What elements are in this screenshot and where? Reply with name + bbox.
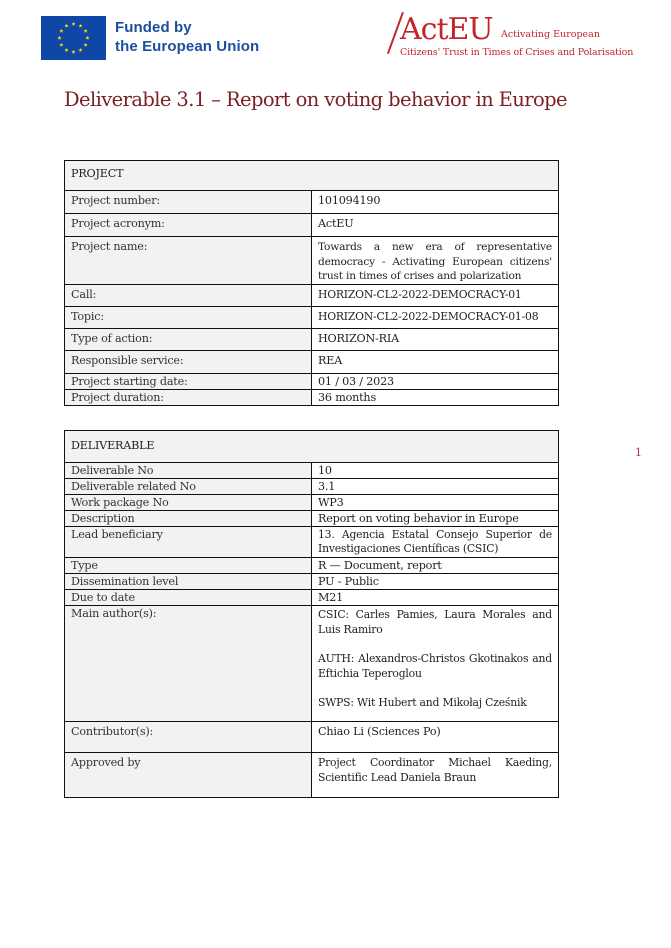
row-value: HORIZON-CL2-2022-DEMOCRACY-01-08	[312, 306, 559, 328]
row-label: Project duration:	[65, 389, 312, 405]
main-authors-value: CSIC: Carles Pamies, Laura Morales and L…	[312, 606, 559, 722]
row-label: Due to date	[65, 590, 312, 606]
table-row: Project name:Towards a new era of repres…	[65, 237, 559, 285]
table-row: Call:HORIZON-CL2-2022-DEMOCRACY-01	[65, 284, 559, 306]
row-label: Responsible service:	[65, 350, 312, 373]
row-label: Call:	[65, 284, 312, 306]
table-row: Project acronym:ActEU	[65, 214, 559, 237]
row-value: 101094190	[312, 191, 559, 214]
eu-funding-statement: Funded by the European Union	[115, 18, 259, 56]
table-row: TypeR — Document, report	[65, 558, 559, 574]
table-row: Deliverable related No3.1	[65, 479, 559, 495]
row-label: Deliverable No	[65, 463, 312, 479]
row-value: 36 months	[312, 389, 559, 405]
table-row: Dissemination levelPU - Public	[65, 574, 559, 590]
deliverable-table-heading: DELIVERABLE	[65, 431, 559, 463]
row-label: Deliverable related No	[65, 479, 312, 495]
row-label: Type	[65, 558, 312, 574]
row-label: Approved by	[65, 753, 312, 798]
row-value: 3.1	[312, 479, 559, 495]
author-paragraph: AUTH: Alexandros-Christos Gkotinakos and…	[318, 651, 552, 681]
row-label: Dissemination level	[65, 574, 312, 590]
row-value: HORIZON-CL2-2022-DEMOCRACY-01	[312, 284, 559, 306]
table-row: Contributor(s):Chiao Li (Sciences Po)	[65, 722, 559, 753]
row-value: REA	[312, 350, 559, 373]
eu-stars-icon	[41, 16, 106, 60]
eu-funding-line1: Funded by	[115, 18, 259, 37]
table-row: Responsible service:REA	[65, 350, 559, 373]
table-row: Work package NoWP3	[65, 495, 559, 511]
table-row: Project number:101094190	[65, 191, 559, 214]
row-value: Chiao Li (Sciences Po)	[312, 722, 559, 753]
row-value: ActEU	[312, 214, 559, 237]
author-paragraph: SWPS: Wit Hubert and Mikołaj Cześnik	[318, 695, 552, 710]
acteu-tagline-line1: Activating European	[501, 29, 600, 40]
project-info-table: PROJECT Project number:101094190 Project…	[64, 160, 559, 406]
document-title: Deliverable 3.1 – Report on voting behav…	[64, 88, 567, 111]
row-label: Lead beneficiary	[65, 527, 312, 558]
row-value: Project Coordinator Michael Kaeding, Sci…	[312, 753, 559, 798]
table-row: Due to dateM21	[65, 590, 559, 606]
table-row: Deliverable No10	[65, 463, 559, 479]
row-value: Report on voting behavior in Europe	[312, 511, 559, 527]
row-label: Project number:	[65, 191, 312, 214]
row-label: Project starting date:	[65, 373, 312, 389]
project-table-heading: PROJECT	[65, 161, 559, 191]
row-value: 13. Agencia Estatal Consejo Superior de …	[312, 527, 559, 558]
row-label: Project name:	[65, 237, 312, 285]
row-value: 01 / 03 / 2023	[312, 373, 559, 389]
row-value: Towards a new era of representative demo…	[312, 237, 559, 285]
eu-flag-icon	[41, 16, 106, 60]
row-value: M21	[312, 590, 559, 606]
table-row: Lead beneficiary13. Agencia Estatal Cons…	[65, 527, 559, 558]
table-row: Main author(s): CSIC: Carles Pamies, Lau…	[65, 606, 559, 722]
row-value: R — Document, report	[312, 558, 559, 574]
table-heading-row: DELIVERABLE	[65, 431, 559, 463]
row-value: WP3	[312, 495, 559, 511]
eu-funding-line2: the European Union	[115, 37, 259, 56]
table-row: Project duration:36 months	[65, 389, 559, 405]
table-row: Approved byProject Coordinator Michael K…	[65, 753, 559, 798]
author-paragraph: CSIC: Carles Pamies, Laura Morales and L…	[318, 607, 552, 637]
table-row: Project starting date:01 / 03 / 2023	[65, 373, 559, 389]
acteu-logo: ActEU Activating European Citizens' Trus…	[398, 12, 638, 64]
row-label: Project acronym:	[65, 214, 312, 237]
row-value: PU - Public	[312, 574, 559, 590]
row-value: HORIZON-RIA	[312, 328, 559, 350]
table-row: Type of action:HORIZON-RIA	[65, 328, 559, 350]
table-heading-row: PROJECT	[65, 161, 559, 191]
table-row: Topic:HORIZON-CL2-2022-DEMOCRACY-01-08	[65, 306, 559, 328]
page-number: 1	[635, 446, 642, 459]
row-label: Main author(s):	[65, 606, 312, 722]
acteu-logo-text: ActEU	[400, 14, 493, 46]
row-value: 10	[312, 463, 559, 479]
row-label: Contributor(s):	[65, 722, 312, 753]
table-row: DescriptionReport on voting behavior in …	[65, 511, 559, 527]
row-label: Work package No	[65, 495, 312, 511]
deliverable-info-table: DELIVERABLE Deliverable No10 Deliverable…	[64, 430, 559, 798]
row-label: Topic:	[65, 306, 312, 328]
row-label: Type of action:	[65, 328, 312, 350]
acteu-tagline-line2: Citizens' Trust in Times of Crises and P…	[400, 47, 633, 58]
row-label: Description	[65, 511, 312, 527]
